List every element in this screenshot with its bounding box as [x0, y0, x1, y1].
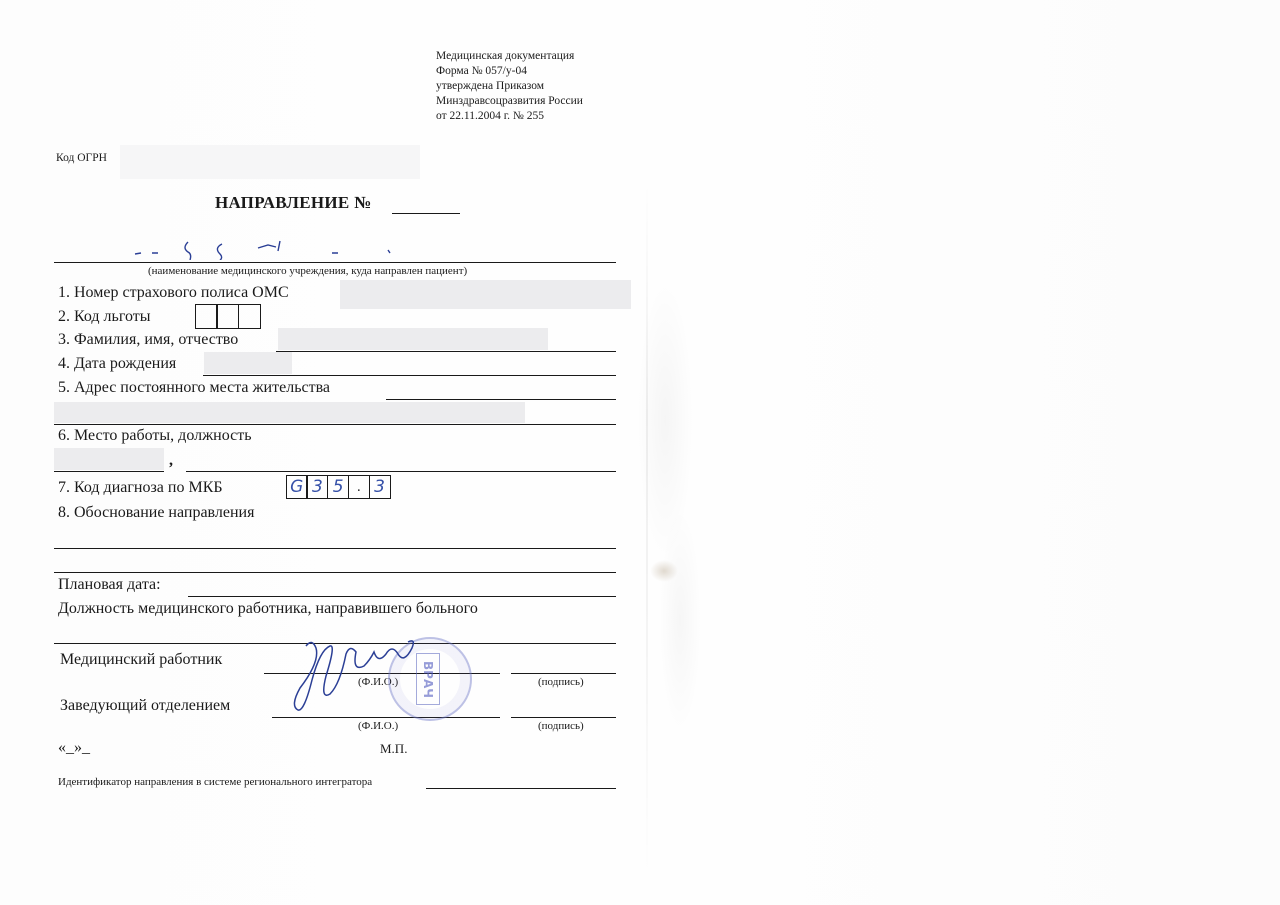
justification-line-2[interactable] — [54, 572, 616, 573]
date-placeholder: «_»_ — [58, 739, 90, 757]
birth-date-line[interactable] — [203, 375, 616, 376]
benefit-code-boxes[interactable] — [196, 304, 261, 329]
full-name-line[interactable] — [276, 351, 616, 352]
handwritten-signature — [288, 632, 448, 722]
justification-label: 8. Обоснование направления — [58, 504, 254, 522]
signature-caption: (подпись) — [538, 720, 584, 732]
paper-crease-stain — [650, 560, 678, 582]
mkb-code-cell[interactable]: 3 — [369, 475, 391, 499]
handwritten-institution — [130, 238, 430, 260]
referral-number-line[interactable] — [392, 213, 460, 214]
benefit-code-label: 2. Код льготы — [58, 308, 151, 326]
address-label: 5. Адрес постоянного места жительства — [58, 379, 330, 397]
redacted-workplace — [54, 448, 164, 470]
header-line: утверждена Приказом — [436, 79, 583, 94]
position-line[interactable] — [186, 471, 616, 472]
workplace-label: 6. Место работы, должность — [58, 427, 252, 445]
redacted-policy-number — [340, 280, 631, 309]
mkb-code-cell[interactable]: 5 — [327, 475, 349, 499]
birth-date-label: 4. Дата рождения — [58, 355, 176, 373]
stamp-place-label: М.П. — [380, 741, 407, 757]
mkb-code-cell[interactable]: 3 — [306, 475, 328, 499]
mkb-code-cell[interactable]: . — [348, 475, 370, 499]
full-name-label: 3. Фамилия, имя, отчество — [58, 331, 238, 349]
address-line-2[interactable] — [54, 424, 616, 425]
form-header: Медицинская документация Форма № 057/у-0… — [436, 49, 583, 124]
medical-worker-signature-line[interactable] — [511, 673, 616, 674]
address-line-1[interactable] — [386, 399, 616, 400]
header-line: Форма № 057/у-04 — [436, 64, 583, 79]
referrer-position-label: Должность медицинского работника, направ… — [58, 600, 478, 618]
page-title: НАПРАВЛЕНИЕ № — [215, 193, 372, 213]
signature-caption: (подпись) — [538, 676, 584, 688]
header-line: Минздравсоцразвития России — [436, 94, 583, 109]
head-of-department-label: Заведующий отделением — [60, 697, 230, 715]
head-signature-line[interactable] — [511, 717, 616, 718]
ogrn-label: Код ОГРН — [56, 152, 107, 164]
planned-date-label: Плановая дата: — [58, 576, 161, 594]
institution-line[interactable] — [54, 262, 616, 263]
justification-line-1[interactable] — [54, 548, 616, 549]
workplace-line[interactable] — [54, 471, 164, 472]
mkb-code-label: 7. Код диагноза по МКБ — [58, 479, 223, 497]
redacted-ogrn — [120, 145, 420, 179]
benefit-code-cell[interactable] — [216, 304, 239, 329]
planned-date-line[interactable] — [188, 596, 616, 597]
integrator-id-line[interactable] — [426, 788, 616, 789]
policy-label: 1. Номер страхового полиса ОМС — [58, 284, 289, 302]
paper-fold — [646, 180, 648, 880]
redacted-address — [54, 402, 525, 423]
redacted-birth-date — [204, 352, 292, 374]
benefit-code-cell[interactable] — [238, 304, 261, 329]
workplace-separator: , — [169, 452, 173, 470]
header-line: Медицинская документация — [436, 49, 583, 64]
redacted-full-name — [278, 328, 548, 350]
mkb-code-cell[interactable]: G — [286, 475, 308, 499]
medical-worker-label: Медицинский работник — [60, 651, 222, 669]
benefit-code-cell[interactable] — [195, 304, 218, 329]
header-line: от 22.11.2004 г. № 255 — [436, 109, 583, 124]
integrator-id-label: Идентификатор направления в системе реги… — [58, 776, 372, 788]
institution-caption: (наименование медицинского учреждения, к… — [148, 265, 467, 277]
scanned-page — [0, 0, 1280, 905]
mkb-code-boxes[interactable]: G 3 5 . 3 — [287, 475, 391, 499]
